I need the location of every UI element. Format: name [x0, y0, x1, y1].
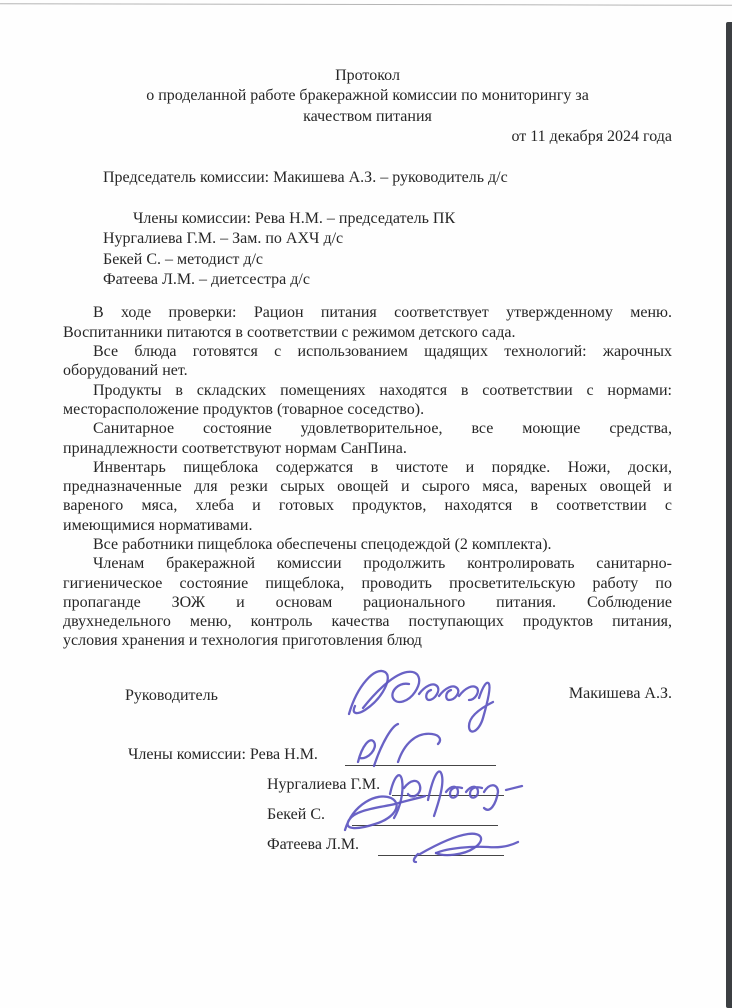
- member-sign-row: Фатеева Л.М.: [0, 836, 732, 860]
- paragraph: Все работники пищеблока обеспечены спецо…: [63, 535, 672, 554]
- member-sign-label: Фатеева Л.М.: [267, 836, 359, 854]
- text-line: Бекей С. – методист д/с: [103, 250, 672, 270]
- text-line: пропаганде ЗОЖ и основам рационального п…: [63, 593, 672, 612]
- body-text: В ходе проверки: Рацион питания соответс…: [63, 303, 672, 650]
- member-sign-label: Члены комиссии: Рева Н.М.: [128, 746, 318, 764]
- paragraph: Инвентарь пищеблока содержатся в чистоте…: [63, 458, 672, 535]
- text-line: Воспитанники питаются в соответствии с р…: [63, 323, 672, 342]
- text-line: В ходе проверки: Рацион питания соответс…: [63, 303, 672, 322]
- member-sign-label: Бекей С.: [267, 806, 325, 824]
- text-line: вареного мяса, хлеба и готовых продуктов…: [63, 496, 672, 515]
- text-line: Нургалиева Г.М. – Зам. по АХЧ д/с: [103, 229, 672, 249]
- paragraph: Санитарное состояние удовлетворительное,…: [63, 419, 672, 458]
- text-line: имеющимися нормативами.: [63, 516, 672, 535]
- text-line: Членам бракеражной комиссии продолжить к…: [63, 554, 672, 573]
- text-line: Все работники пищеблока обеспечены спецо…: [63, 535, 672, 554]
- text-line: Члены комиссии: Рева Н.М. – председатель…: [103, 209, 672, 229]
- paragraph: Членам бракеражной комиссии продолжить к…: [63, 554, 672, 650]
- committee-block: Председатель комиссии: Макишева А.З. – р…: [103, 148, 672, 291]
- blank-line: [103, 188, 672, 208]
- text-line: двухнедельного меню, контроль качества п…: [63, 612, 672, 631]
- text-line: месторасположение продуктов (товарное со…: [63, 400, 672, 419]
- paragraph: Все блюда готовятся с использованием щад…: [63, 342, 672, 381]
- doc-date: от 11 декабря 2024 года: [63, 127, 672, 147]
- member-signature-fateeva: [410, 824, 530, 866]
- text-line: Фатеева Л.М. – диетсестра д/с: [103, 270, 672, 290]
- text-line: принадлежности соответствуют нормам СанП…: [63, 439, 672, 458]
- paragraph: Продукты в складских помещениях находятс…: [63, 381, 672, 420]
- text-line: Все блюда готовятся с использованием щад…: [63, 342, 672, 361]
- scan-edge-right: [726, 22, 732, 1008]
- text-line: Продукты в складских помещениях находятс…: [63, 381, 672, 400]
- document-content: Протокол о проделанной работе бракеражно…: [63, 66, 672, 651]
- text-line: гигиеническое состояние пищеблока, прово…: [63, 574, 672, 593]
- blank-line: [103, 148, 672, 168]
- committee-members: Члены комиссии: Рева Н.М. – председатель…: [103, 209, 672, 291]
- text-line: предназначенные для резки сырых овощей и…: [63, 477, 672, 496]
- doc-title: Протокол: [63, 66, 672, 86]
- doc-subtitle-line2: качеством питания: [63, 107, 672, 127]
- text-line: Инвентарь пищеблока содержатся в чистоте…: [63, 458, 672, 477]
- paragraph: В ходе проверки: Рацион питания соответс…: [63, 303, 672, 342]
- scan-edge-top: [0, 3, 732, 6]
- chairman-line: Председатель комиссии: Макишева А.З. – р…: [103, 168, 672, 188]
- text-line: оборудований нет.: [63, 361, 672, 380]
- scanned-document-page: Протокол о проделанной работе бракеражно…: [0, 0, 732, 1008]
- text-line: Санитарное состояние удовлетворительное,…: [63, 419, 672, 438]
- doc-subtitle-line1: о проделанной работе бракеражной комисси…: [63, 86, 672, 106]
